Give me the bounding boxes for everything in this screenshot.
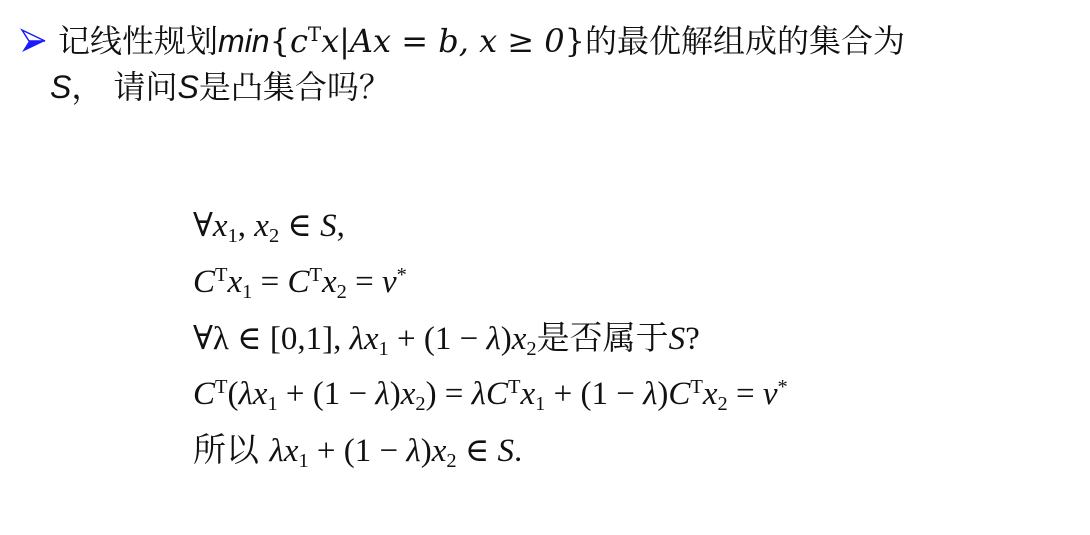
proof-block: ∀x1, x2 ∈ S, CTx1 = CTx2 = v* ∀λ ∈ [0,1]… bbox=[193, 198, 788, 478]
proof-line-4: CT(λx1 + (1 − λ)x2) = λCTx1 + (1 − λ)CTx… bbox=[193, 366, 788, 422]
question-text-convex: 是凸集合吗？ bbox=[199, 68, 391, 106]
proof-line-2: CTx1 = CTx2 = v* bbox=[193, 254, 788, 310]
question-block: 记线性规划 min {cTx|Ax = b, x ≥ 0} 的最优解组成的集合为… bbox=[20, 18, 1080, 110]
question-text-ask: ， 请问 bbox=[71, 68, 177, 106]
proof-line-3: ∀λ ∈ [0,1], λx1 + (1 − λ)x2是否属于S? bbox=[193, 310, 788, 366]
set-S: S bbox=[50, 69, 71, 105]
question-line-2: S， 请问S是凸集合吗？ bbox=[20, 64, 1080, 110]
set-S-2: S bbox=[178, 69, 199, 105]
question-text-intro: 记线性规划 bbox=[58, 18, 218, 64]
proof-line-1: ∀x1, x2 ∈ S, bbox=[193, 198, 788, 254]
arrow-bullet-icon bbox=[20, 28, 46, 54]
question-text-tail: 的最优解组成的集合为 bbox=[585, 18, 905, 64]
slide: 记线性规划 min {cTx|Ax = b, x ≥ 0} 的最优解组成的集合为… bbox=[0, 0, 1090, 535]
math-min: min bbox=[218, 18, 270, 64]
question-line-1: 记线性规划 min {cTx|Ax = b, x ≥ 0} 的最优解组成的集合为 bbox=[20, 18, 1080, 64]
proof-line-5: 所以 λx1 + (1 − λ)x2 ∈ S. bbox=[193, 422, 788, 478]
question-math: {cTx|Ax = b, x ≥ 0} bbox=[270, 18, 585, 64]
